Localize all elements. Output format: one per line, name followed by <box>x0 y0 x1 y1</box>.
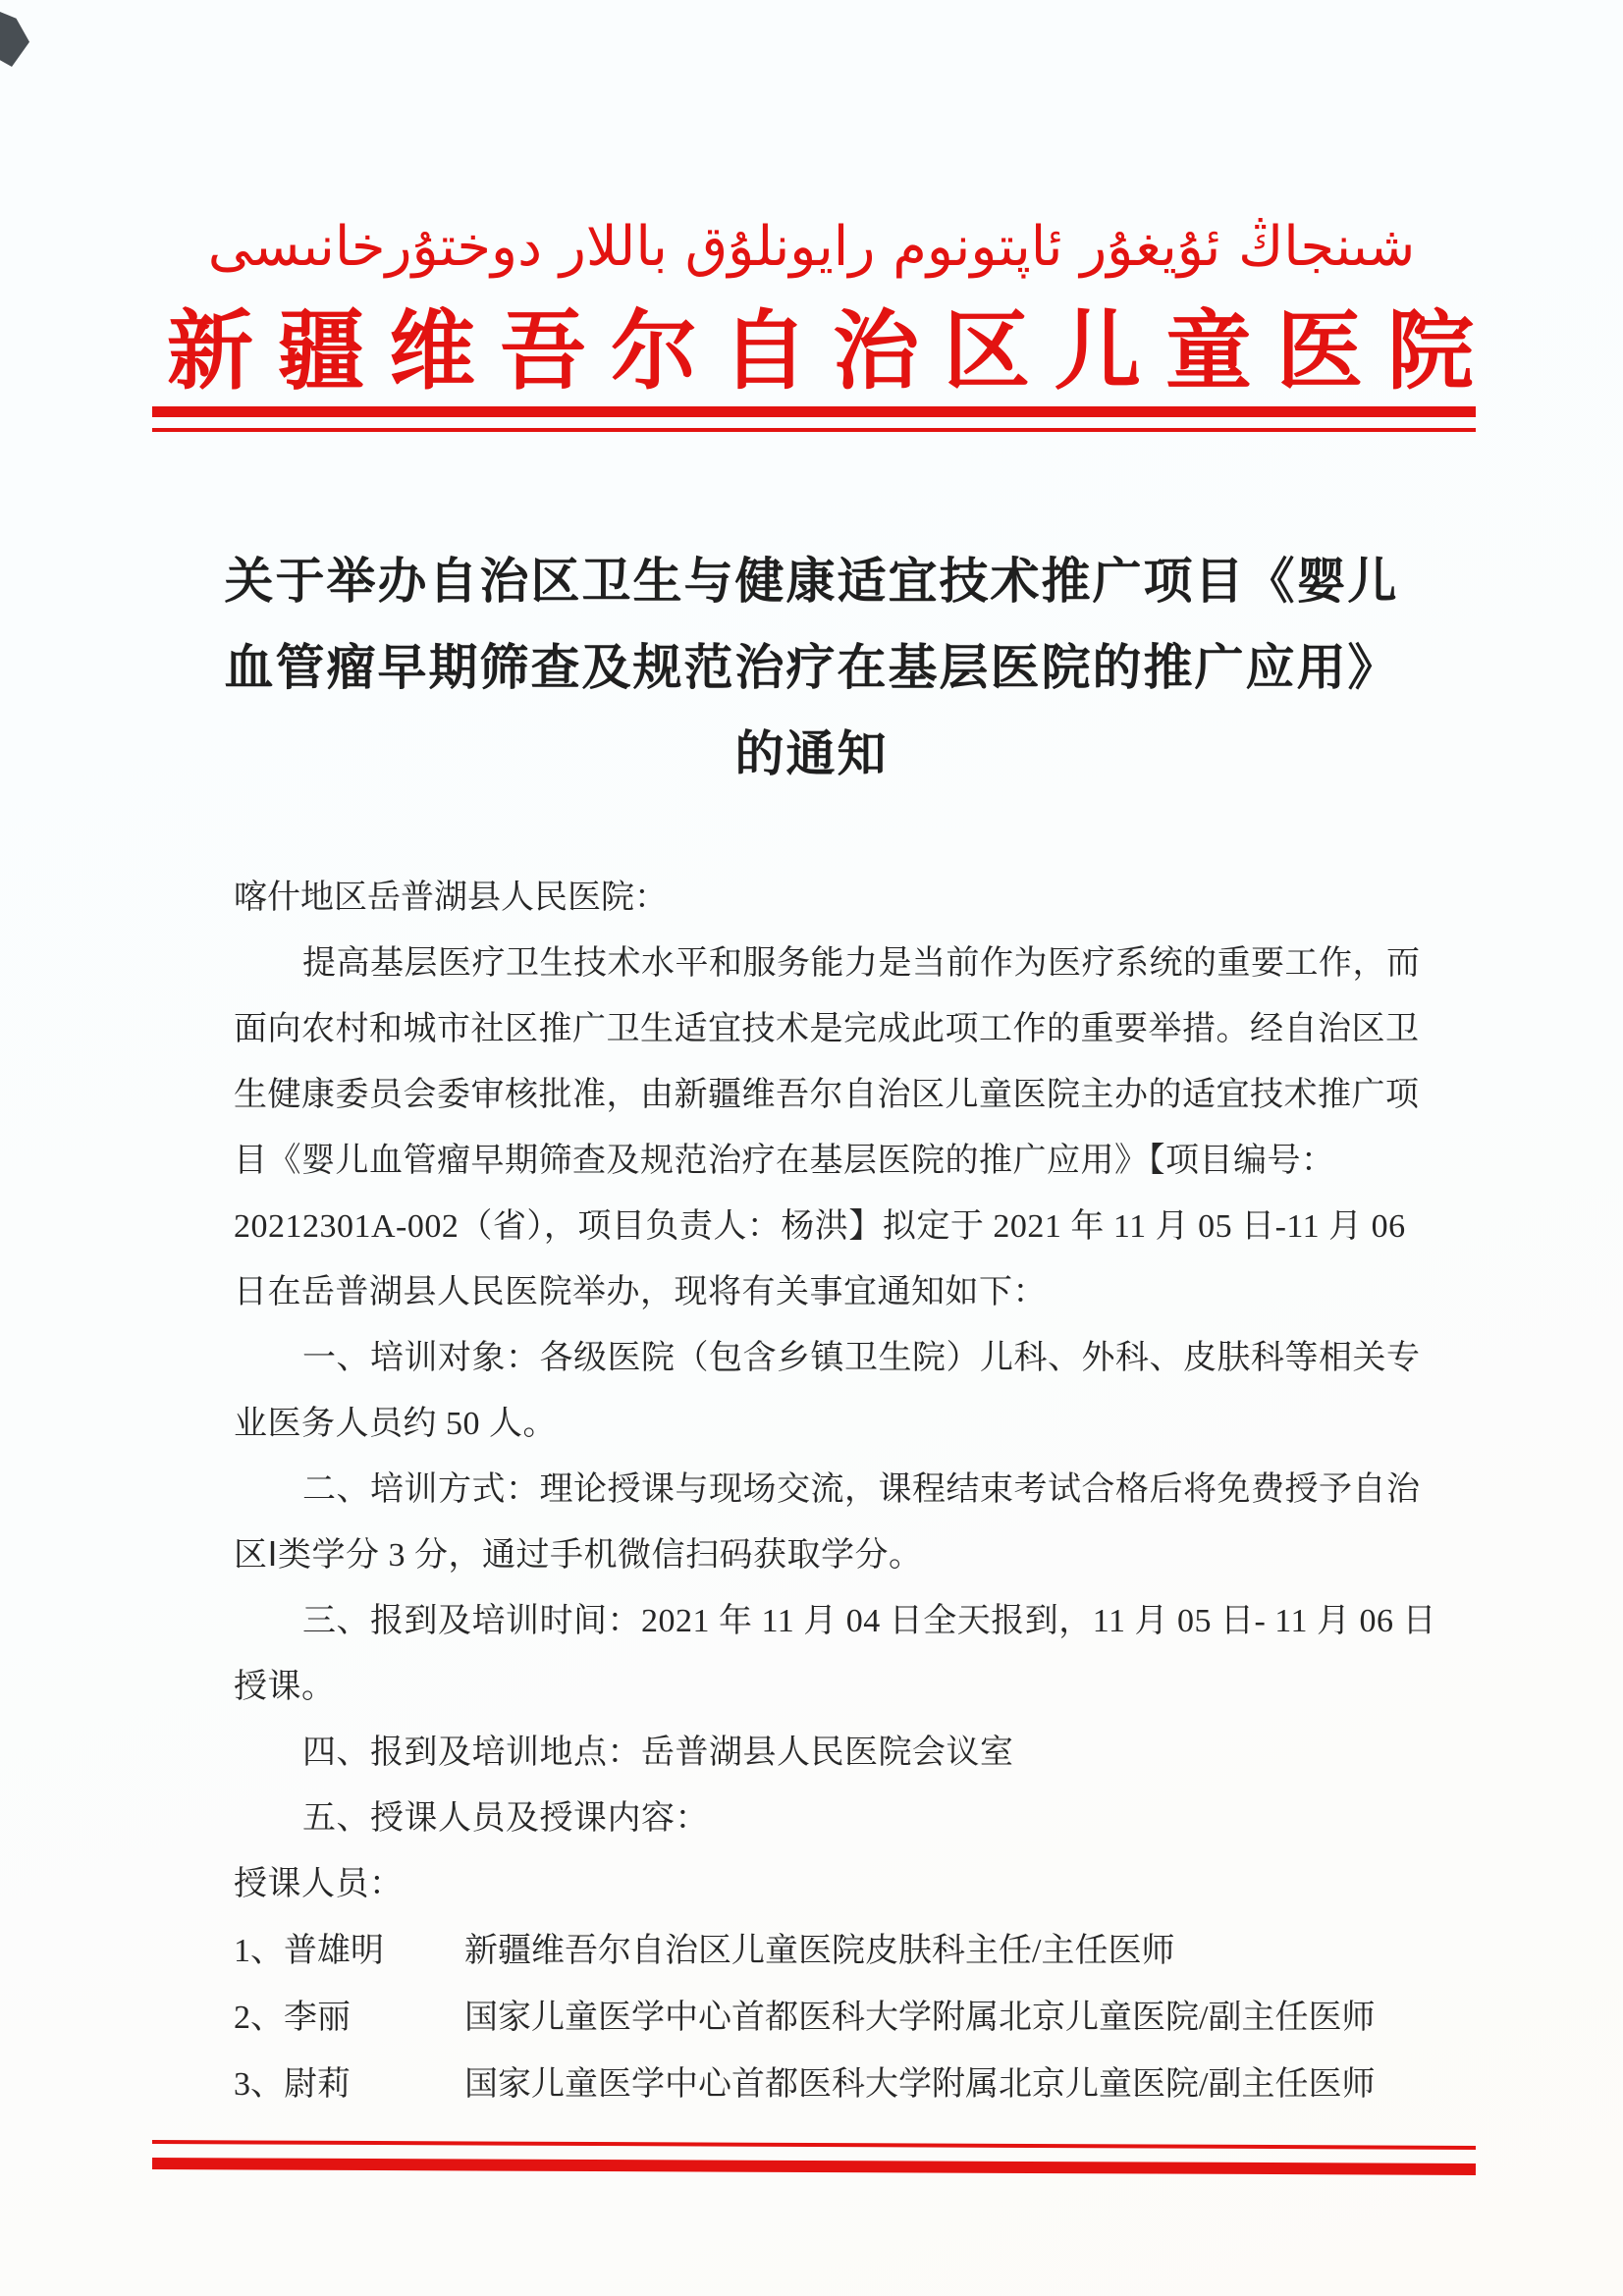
lecturer-affiliation: 国家儿童医学中心首都医科大学附属北京儿童医院/副主任医师 <box>464 1997 1510 2040</box>
notice-title-line-1: 关于举办自治区卫生与健康适宜技术推广项目《婴儿 <box>0 538 1623 624</box>
lecturer-name: 2、李丽 <box>234 1997 464 2040</box>
header-rule-thick <box>152 406 1476 417</box>
lecturer-row: 3、尉莉 国家儿童医学中心首都医科大学附属北京儿童医院/副主任医师 <box>234 2063 1510 2130</box>
lecturer-affiliation: 新疆维吾尔自治区儿童医院皮肤科主任/主任医师 <box>464 1930 1510 1973</box>
notice-title-line-2: 血管瘤早期筛查及规范治疗在基层医院的推广应用》 <box>0 624 1623 711</box>
hospital-name-chinese: 新疆维吾尔自治区儿童医院 <box>167 308 1512 399</box>
hospital-name-uyghur: شىنجاڭ ئۇيغۇر ئاپتونوم رايونلۇق باللار د… <box>98 214 1525 280</box>
recipient-greeting: 喀什地区岳普湖县人民医院： <box>234 877 1471 920</box>
scan-corner-artifact <box>0 12 29 67</box>
body-line: 20212301A-002（省），项目负责人：杨洪】拟定于 2021 年 11 … <box>234 1205 1490 1271</box>
body-line: 面向农村和城市社区推广卫生适宜技术是完成此项工作的重要举措。经自治区卫 <box>234 1008 1490 1074</box>
body-line-item-3: 三、报到及培训时间：2021 年 11 月 04 日全天报到，11 月 05 日… <box>234 1600 1490 1666</box>
lecturer-row: 1、普雄明 新疆维吾尔自治区儿童医院皮肤科主任/主任医师 <box>234 1930 1510 1997</box>
body-line-item-4: 四、报到及培训地点：岳普湖县人民医院会议室 <box>234 1732 1490 1797</box>
body-line: 授课。 <box>234 1666 1490 1732</box>
body-line: 日在岳普湖县人民医院举办，现将有关事宜通知如下： <box>234 1271 1490 1337</box>
notice-title: 关于举办自治区卫生与健康适宜技术推广项目《婴儿 血管瘤早期筛查及规范治疗在基层医… <box>0 538 1623 797</box>
body-line: 目《婴儿血管瘤早期筛查及规范治疗在基层医院的推广应用》【项目编号： <box>234 1140 1490 1205</box>
footer-rule-thick <box>152 2158 1476 2175</box>
notice-title-line-3: 的通知 <box>0 711 1623 797</box>
document-page: شىنجاڭ ئۇيغۇر ئاپتونوم رايونلۇق باللار د… <box>0 0 1623 2296</box>
lecturer-name: 1、普雄明 <box>234 1930 464 1973</box>
body-line: 业医务人员约 50 人。 <box>234 1403 1490 1468</box>
lecturers-label: 授课人员： <box>234 1863 1490 1929</box>
lecturer-name: 3、尉莉 <box>234 2063 464 2107</box>
lecturer-affiliation: 国家儿童医学中心首都医科大学附属北京儿童医院/副主任医师 <box>464 2063 1510 2107</box>
lecturer-row: 2、李丽 国家儿童医学中心首都医科大学附属北京儿童医院/副主任医师 <box>234 1997 1510 2063</box>
notice-body: 提高基层医疗卫生技术水平和服务能力是当前作为医疗系统的重要工作，而 面向农村和城… <box>234 942 1490 1929</box>
body-line-item-5: 五、授课人员及授课内容： <box>234 1797 1490 1863</box>
header-rule-thin <box>152 428 1476 432</box>
body-line-item-1: 一、培训对象：各级医院（包含乡镇卫生院）儿科、外科、皮肤科等相关专 <box>234 1337 1490 1403</box>
lecturer-list: 1、普雄明 新疆维吾尔自治区儿童医院皮肤科主任/主任医师 2、李丽 国家儿童医学… <box>234 1930 1510 2130</box>
body-line: 生健康委员会委审核批准，由新疆维吾尔自治区儿童医院主办的适宜技术推广项 <box>234 1074 1490 1140</box>
footer-rule-thin <box>152 2140 1476 2150</box>
body-line: 区Ⅰ类学分 3 分，通过手机微信扫码获取学分。 <box>234 1534 1490 1600</box>
body-line: 提高基层医疗卫生技术水平和服务能力是当前作为医疗系统的重要工作，而 <box>234 942 1490 1008</box>
body-line-item-2: 二、培训方式：理论授课与现场交流，课程结束考试合格后将免费授予自治 <box>234 1468 1490 1534</box>
